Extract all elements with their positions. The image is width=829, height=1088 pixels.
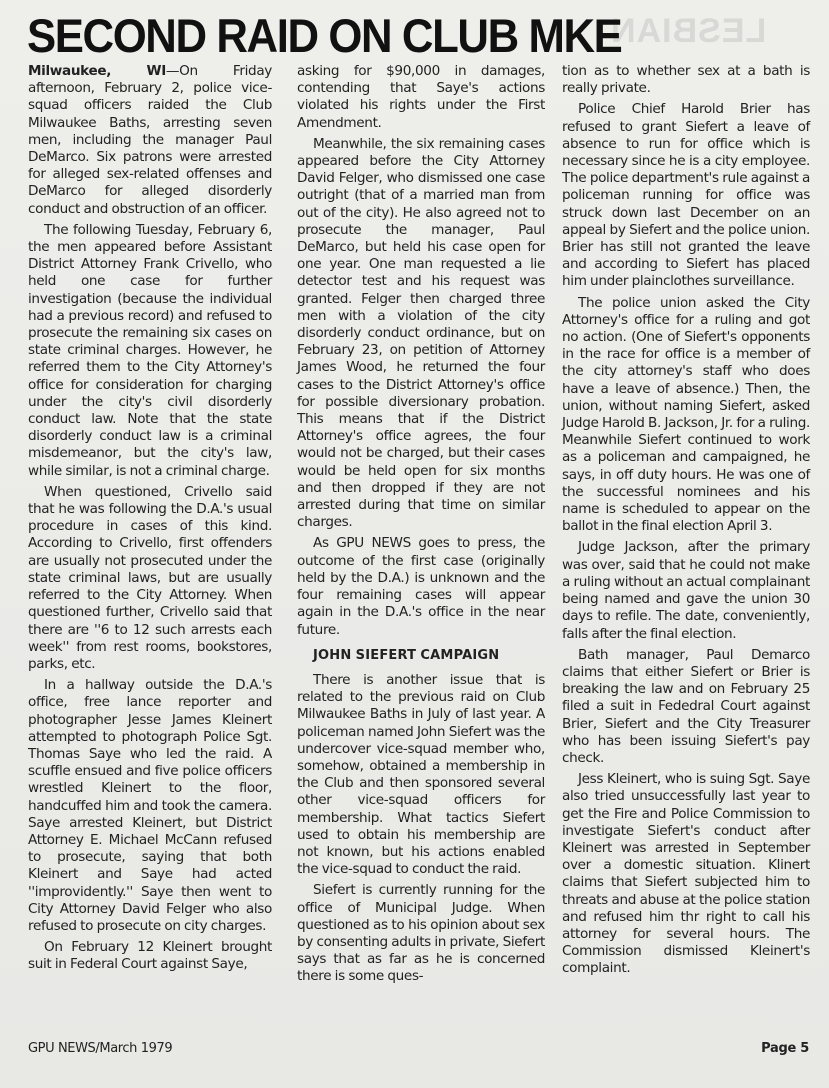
page-number: Page 5: [761, 1041, 809, 1056]
article-paragraph: Jess Kleinert, who is suing Sgt. Saye al…: [562, 771, 810, 977]
article-paragraph: Siefert is currently running for the off…: [297, 882, 545, 985]
article-paragraph: There is another issue that is related t…: [297, 672, 545, 878]
article-paragraph: Milwaukee, WI—On Friday afternoon, Febru…: [28, 63, 272, 218]
article-paragraph: tion as to whether sex at a bath is real…: [562, 63, 810, 97]
article-paragraph: The following Tuesday, February 6, the m…: [28, 222, 272, 480]
article-paragraph: Judge Jackson, after the primary was ove…: [562, 539, 810, 642]
magazine-page: LESBIAN SECOND RAID ON CLUB MKE Milwauke…: [0, 0, 829, 1088]
article-column-2: asking for $90,000 in damages, contendin…: [297, 63, 545, 990]
article-paragraph: In a hallway outside the D.A.'s office, …: [28, 677, 272, 935]
article-column-3: tion as to whether sex at a bath is real…: [562, 63, 810, 982]
article-paragraph: Meanwhile, the six remaining cases appea…: [297, 136, 545, 532]
dateline: Milwaukee, WI: [28, 63, 166, 79]
section-subheading: JOHN SIEFERT CAMPAIGN: [313, 647, 545, 664]
publication-footer: GPU NEWS/March 1979: [28, 1041, 172, 1056]
article-paragraph: On February 12 Kleinert brought suit in …: [28, 939, 272, 973]
article-headline: SECOND RAID ON CLUB MKE: [27, 10, 621, 62]
article-paragraph: Police Chief Harold Brier has refused to…: [562, 101, 810, 290]
article-paragraph: The police union asked the City Attorney…: [562, 295, 810, 536]
article-paragraph: Bath manager, Paul Demarco claims that e…: [562, 647, 810, 767]
article-paragraph: asking for $90,000 in damages, contendin…: [297, 63, 545, 132]
article-paragraph: As GPU NEWS goes to press, the outcome o…: [297, 535, 545, 638]
bleed-through-text: LESBIAN: [610, 12, 766, 51]
article-column-1: Milwaukee, WI—On Friday afternoon, Febru…: [28, 63, 272, 978]
article-paragraph: When questioned, Crivello said that he w…: [28, 484, 272, 673]
